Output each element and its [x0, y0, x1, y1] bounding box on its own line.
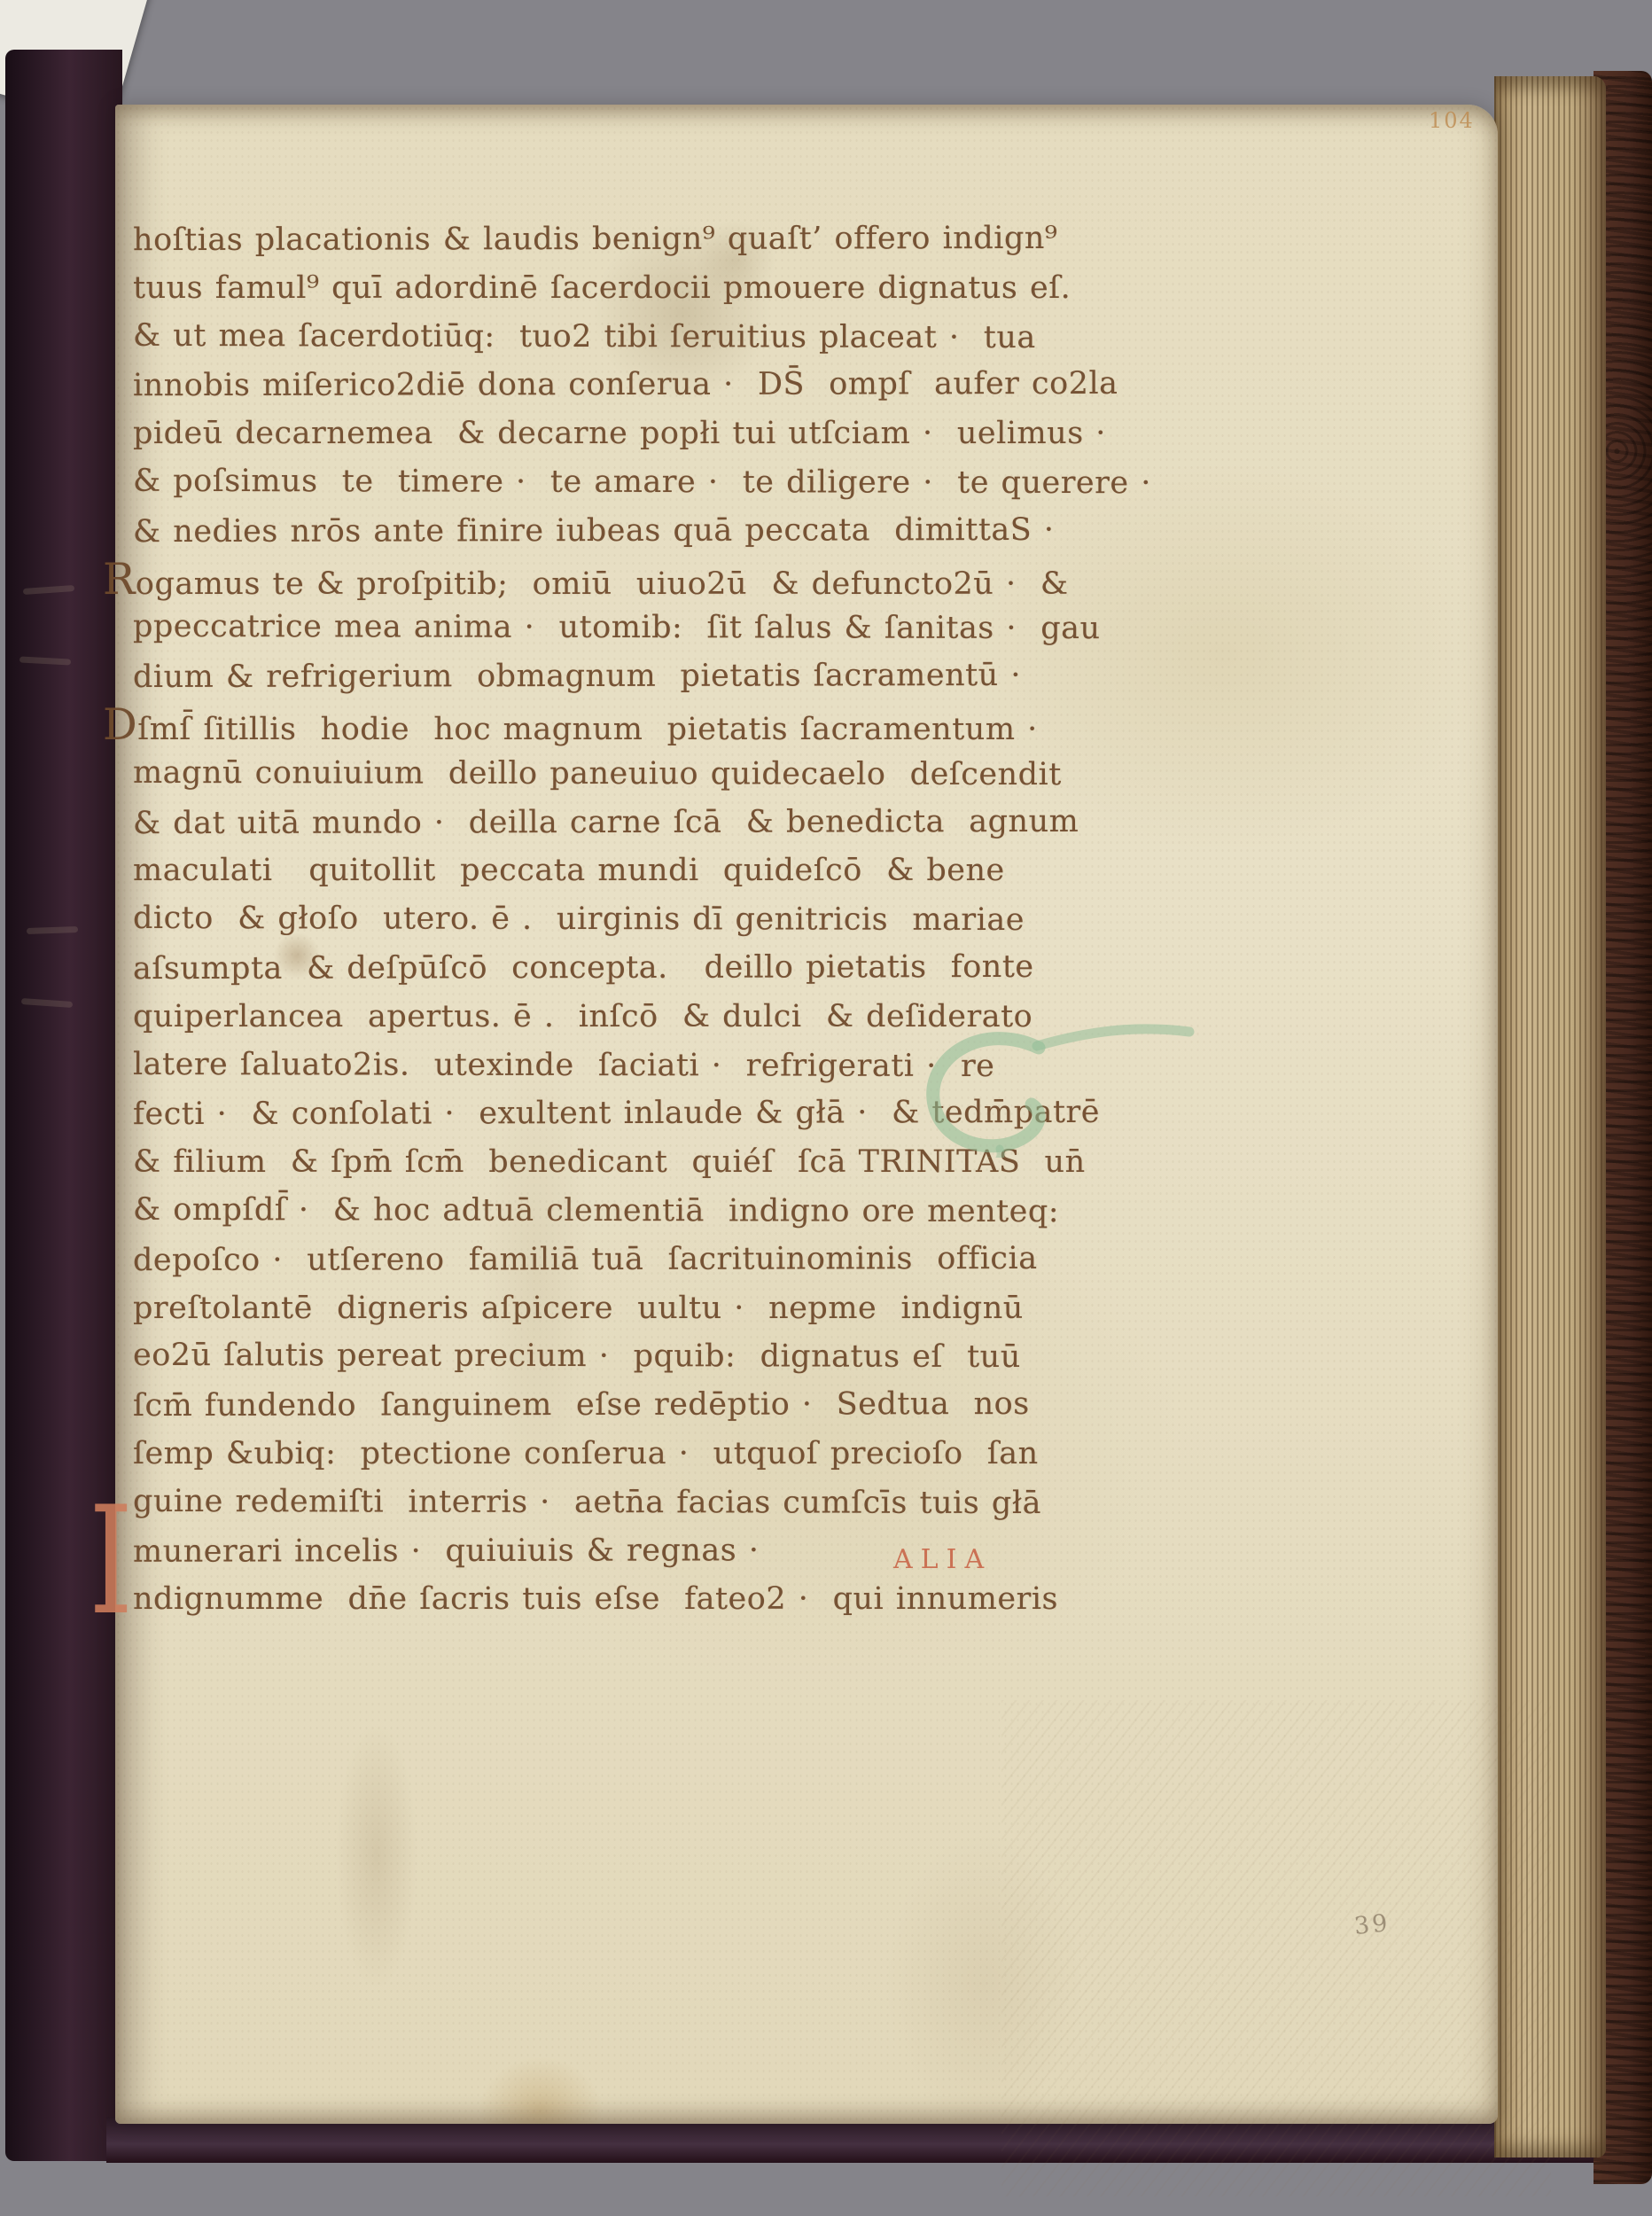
text-line: depoſco · utſereno familiā tuā ſacrituin…: [133, 1239, 1038, 1280]
text-line: ſemp &ubiq: ptectione conſerua · utquoſ …: [133, 1434, 1039, 1473]
green-pen-flourish: [897, 1007, 1198, 1158]
text-line: aſsumpta & deſpūſcō concepta. deillo pie…: [133, 948, 1034, 988]
text-line: & ut mea ſacerdotiūq: tuo2 tibi ſeruitiu…: [133, 316, 1036, 357]
text-line: dium & refrigerium obmagnum pietatis ſac…: [133, 656, 1021, 697]
text-line: munerari incelis · quiuiuis & regnas ·: [133, 1531, 760, 1571]
text-layer: hoſtias placationis & laudis benign⁹ qua…: [0, 0, 1652, 2216]
text-line: magnū conuiuium deillo paneuiuo quidecae…: [133, 753, 1062, 794]
text-line: & ompſdſ̄ · & hoc adtuā clementiā indign…: [133, 1190, 1059, 1231]
text-line: latere ſaluato2is. utexinde ſaciati · re…: [133, 1045, 995, 1086]
text-line: & poſsimus te timere · te amare · te dil…: [133, 462, 1151, 503]
manuscript-photo: hoſtias placationis & laudis benign⁹ qua…: [0, 0, 1652, 2216]
text-line: Rogamus te & proſpitib; omiū uiuo2ū & de…: [103, 560, 1068, 604]
folio-number-top: 104: [1429, 108, 1475, 133]
text-line: innobis miſerico2diē dona conſerua · DS̄…: [133, 364, 1118, 405]
text-line: & dat uitā mundo · deilla carne ſcā & be…: [133, 801, 1079, 842]
text-line: eo2ū ſalutis pereat precium · pquib: dig…: [133, 1336, 1021, 1377]
text-line: dicto & głoſo utero. ē . uirginis dī gen…: [133, 899, 1025, 940]
folio-number-bottom: 39: [1352, 1909, 1391, 1940]
text-line: preſtolantē digneris aſpicere uultu · ne…: [133, 1289, 1024, 1328]
text-line: & nedies nrōs ante finire iubeas quā pec…: [133, 511, 1055, 551]
text-line: pideū decarnemea & decarne popłi tui utſ…: [133, 414, 1106, 453]
text-line: guine redemiſti interris · aetn̄a facias…: [133, 1482, 1041, 1523]
text-line: ndignumme dn̄e ſacris tuis eſse fateo2 ·…: [133, 1580, 1058, 1619]
text-line: Dſmſ̄ ſitillis hodie hoc magnum pietatis…: [103, 706, 1038, 749]
text-line: tuus famul⁹ quī adordinē ſacerdocii pmou…: [133, 269, 1071, 308]
red-initial-I: I: [89, 1494, 133, 1627]
text-line: ppeccatrice mea anima · utomib: ſit ſalu…: [133, 607, 1101, 648]
text-line: ſcm̄ fundendo ſanguinem eſse redēptio · …: [133, 1385, 1030, 1425]
text-line: maculati quitollit peccata mundi quideſc…: [133, 851, 1005, 890]
rubric-alia: ALIA: [893, 1544, 992, 1575]
text-line: hoſtias placationis & laudis benign⁹ qua…: [133, 219, 1057, 260]
